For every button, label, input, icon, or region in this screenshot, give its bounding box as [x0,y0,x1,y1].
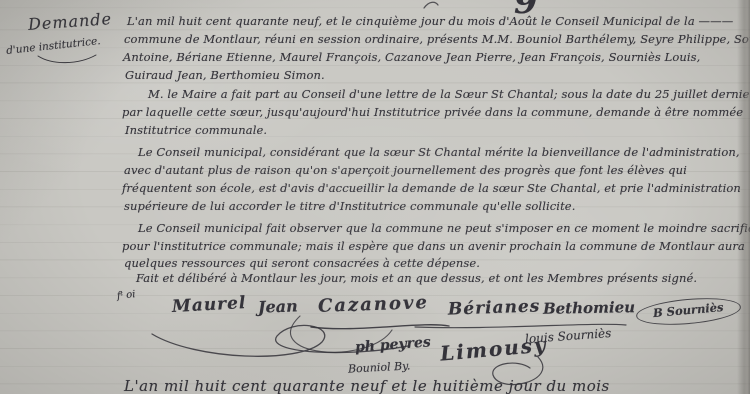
signature-limousy: Limousy [439,334,548,363]
body-line: avec d'autant plus de raison qu'on s'ape… [124,165,687,177]
body-line: Antoine, Bériane Etienne, Maurel Françoi… [123,52,700,64]
signature-peyre: ph peyres [355,335,432,354]
body-line: supérieure de lui accorder le titre d'In… [124,201,575,213]
body-line: Institutrice communale. [125,125,267,137]
signature-jean: Jean [258,298,298,315]
body-line: M. le Maire a fait part au Conseil d'une… [148,89,750,101]
signature-underline-icon [305,318,455,334]
body-line: par laquelle cette sœur, jusqu'aujourd'h… [122,107,743,119]
body-line: commune de Montlaur, réuni en session or… [124,34,750,46]
next-entry-fragment: L'an mil huit cent quarante neuf et le h… [124,377,610,394]
body-line: L'an mil huit cent quarante neuf, et le … [127,16,733,28]
signature-berthomieu: Bethomieu [543,300,635,317]
stray-ink-mark-icon [422,0,440,10]
flourish-icon [34,52,104,66]
signature-maurel: Maurel [172,295,247,316]
page-edge-shadow [737,0,750,394]
body-line: Le Conseil municipal, considérant que la… [138,147,740,159]
body-line: quelques ressources qui seront consacrée… [124,258,480,270]
signature-bouniol: Bouniol By. [348,360,411,374]
signature-sournies-circled: B Sourniès [635,294,741,328]
signature-cazanove: Cazanove [318,294,429,316]
manuscript-page: 9 Demande d'une institutrice. L'an mil h… [0,0,750,394]
body-line: Guiraud Jean, Berthomieu Simon. [125,70,325,82]
body-line: pour l'institutrice communale; mais il e… [122,241,745,253]
margin-note-title: Demande [27,9,112,34]
signature-marginal-mark: fᵗ oi [117,290,137,302]
signature-berianes: Bérianes [448,298,541,318]
margin-note: Demande d'une institutrice. [0,0,118,80]
body-line: fréquentent son école, est d'avis d'accu… [122,183,741,195]
body-line: Fait et délibéré à Montlaur les jour, mo… [136,273,697,285]
margin-note-subtitle: d'une institutrice. [6,35,102,57]
body-line: Le Conseil municipal fait observer que l… [138,223,750,235]
